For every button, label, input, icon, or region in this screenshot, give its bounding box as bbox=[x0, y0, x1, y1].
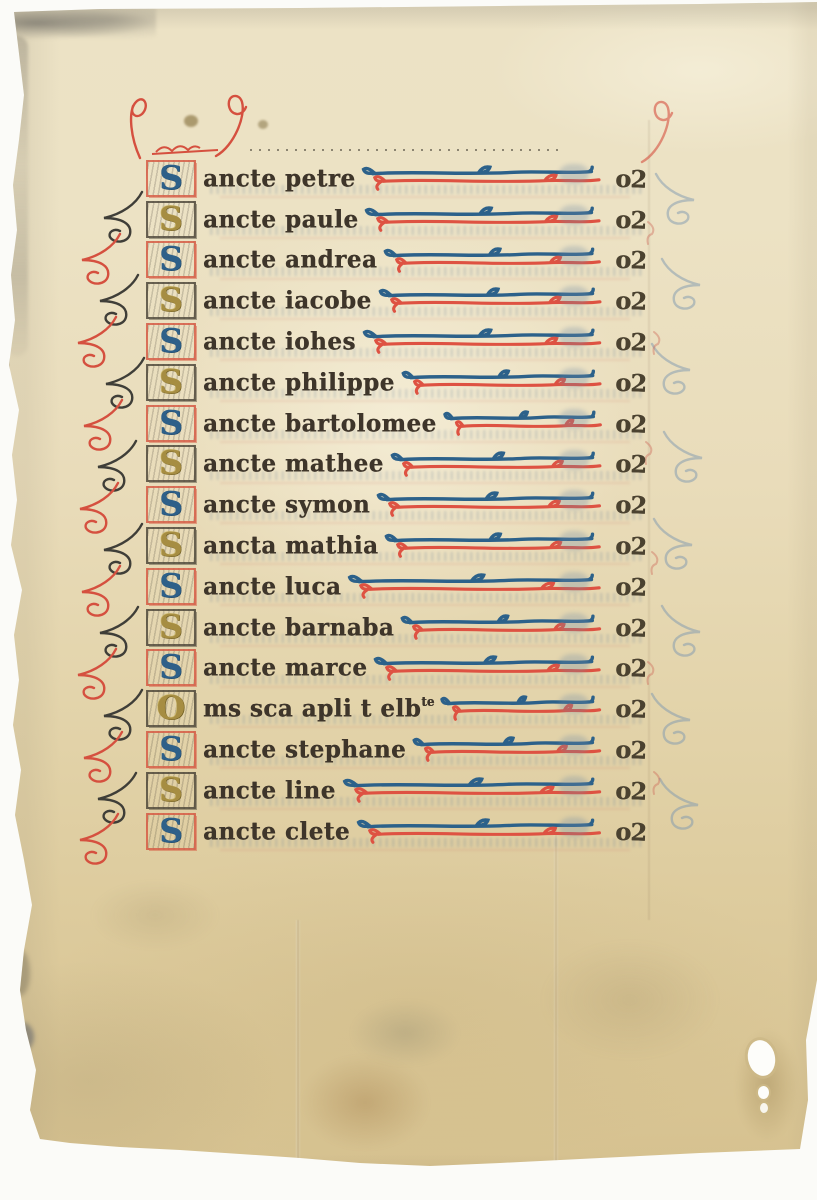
ruling-dots bbox=[250, 149, 562, 151]
line-filler bbox=[444, 403, 595, 444]
superscript-abbreviation: te bbox=[421, 694, 434, 709]
ora-abbreviation: o2 bbox=[600, 693, 647, 724]
stain bbox=[350, 1000, 460, 1066]
litany-text: ancte paule bbox=[203, 205, 358, 234]
ora-abbreviation: o2 bbox=[600, 734, 647, 765]
ora-abbreviation: o2 bbox=[600, 326, 647, 357]
corner-smudge bbox=[6, 6, 156, 40]
litany-text: ancte luca bbox=[203, 572, 341, 601]
litany-text: ancte bartolomee bbox=[203, 409, 437, 438]
page-scan: S ancte petre o2 S ancte paule o2 S anct… bbox=[0, 0, 817, 1200]
line-filler bbox=[348, 566, 595, 607]
stain bbox=[540, 940, 720, 1060]
illuminated-initial: S bbox=[146, 731, 196, 768]
illuminated-initial: S bbox=[146, 486, 196, 523]
litany-line: S ancte line o2 bbox=[146, 770, 646, 811]
line-filler bbox=[374, 648, 595, 689]
illuminated-initial: S bbox=[146, 813, 196, 850]
ora-abbreviation: o2 bbox=[600, 775, 647, 806]
illuminated-initial: S bbox=[146, 568, 196, 605]
illuminated-initial: S bbox=[146, 160, 196, 197]
red-line-filler bbox=[377, 215, 601, 231]
ora-abbreviation: o2 bbox=[600, 612, 647, 643]
ora-abbreviation: o2 bbox=[600, 163, 647, 194]
litany-line: S ancte paule o2 bbox=[146, 199, 646, 240]
illuminated-initial: O bbox=[146, 690, 196, 727]
red-line-filler bbox=[396, 256, 601, 272]
ora-abbreviation: o2 bbox=[600, 285, 647, 316]
stain bbox=[300, 1055, 430, 1150]
litany-line: S ancte stephane o2 bbox=[146, 729, 646, 770]
red-line-filler bbox=[391, 296, 601, 312]
crease-line bbox=[554, 830, 558, 1165]
red-line-filler bbox=[403, 460, 601, 476]
vellum-leaf: S ancte petre o2 S ancte paule o2 S anct… bbox=[0, 0, 817, 1200]
litany-text: ancte stephane bbox=[203, 735, 406, 764]
line-filler bbox=[385, 525, 595, 566]
edge-smudge bbox=[6, 36, 28, 356]
litany-text: ancta mathia bbox=[203, 531, 378, 560]
wormhole-small bbox=[760, 1103, 768, 1113]
top-margin-flourish-left bbox=[122, 88, 302, 168]
red-line-filler bbox=[374, 174, 601, 190]
litany-text: ancte iohes bbox=[203, 327, 356, 356]
ora-abbreviation: o2 bbox=[600, 571, 647, 602]
litany-text: ancte petre bbox=[203, 164, 355, 193]
line-filler bbox=[401, 607, 595, 648]
litany-line: S ancte iohes o2 bbox=[146, 321, 646, 362]
litany-text-main: ms sca apli t elb bbox=[203, 694, 421, 723]
litany-text: ancte symon bbox=[203, 490, 370, 519]
line-filler bbox=[363, 321, 595, 362]
ora-abbreviation: o2 bbox=[600, 245, 647, 276]
litany-line: S ancta mathia o2 bbox=[146, 525, 646, 566]
line-filler bbox=[343, 770, 595, 811]
illuminated-initial: S bbox=[146, 405, 196, 442]
litany-text: ancte clete bbox=[203, 817, 350, 846]
red-line-filler bbox=[397, 541, 601, 557]
red-line-filler bbox=[360, 582, 601, 598]
line-filler bbox=[441, 688, 595, 729]
litany-text: ancte andrea bbox=[203, 246, 377, 275]
red-line-filler bbox=[425, 745, 601, 761]
red-line-filler bbox=[413, 623, 601, 639]
line-filler bbox=[365, 199, 595, 240]
red-line-filler bbox=[355, 786, 601, 802]
litany-text: ancte line bbox=[203, 776, 336, 805]
line-filler bbox=[377, 484, 595, 525]
line-filler bbox=[362, 158, 595, 199]
ora-abbreviation: o2 bbox=[600, 367, 647, 398]
ink-smudge bbox=[8, 1022, 34, 1052]
litany-line: S ancte mathee o2 bbox=[146, 444, 646, 485]
ora-abbreviation: o2 bbox=[600, 204, 647, 235]
illuminated-initial: S bbox=[146, 772, 196, 809]
litany-line: S ancte iacobe o2 bbox=[146, 280, 646, 321]
illuminated-initial: S bbox=[146, 282, 196, 319]
red-line-filler bbox=[369, 827, 601, 843]
red-line-filler bbox=[414, 378, 601, 394]
litany-line: S ancte philippe o2 bbox=[146, 362, 646, 403]
litany-line: S ancte luca o2 bbox=[146, 566, 646, 607]
ora-abbreviation: o2 bbox=[600, 449, 647, 480]
litany-text: ancte mathee bbox=[203, 450, 384, 479]
edge-smudge bbox=[10, 950, 30, 996]
litany-text: ancte marce bbox=[203, 654, 367, 683]
litany-text-block: S ancte petre o2 S ancte paule o2 S anct… bbox=[146, 158, 646, 852]
ora-abbreviation: o2 bbox=[600, 408, 647, 439]
illuminated-initial: S bbox=[146, 527, 196, 564]
crease-line bbox=[296, 920, 300, 1165]
ora-abbreviation: o2 bbox=[600, 653, 647, 684]
stain bbox=[90, 880, 220, 950]
litany-text: ancte barnaba bbox=[203, 613, 394, 642]
litany-line: O ms sca apli t elbte o2 bbox=[146, 688, 646, 729]
red-line-filler bbox=[386, 664, 601, 680]
line-filler bbox=[384, 240, 595, 281]
litany-text: ancte iacobe bbox=[203, 286, 372, 315]
red-line-filler bbox=[453, 704, 601, 720]
ora-abbreviation: o2 bbox=[600, 489, 647, 520]
illuminated-initial: S bbox=[146, 241, 196, 278]
illuminated-initial: S bbox=[146, 609, 196, 646]
line-filler bbox=[402, 362, 595, 403]
line-filler bbox=[379, 280, 595, 321]
right-margin-ghost-cadels bbox=[628, 160, 748, 880]
line-filler bbox=[413, 729, 595, 770]
litany-line: S ancte bartolomee o2 bbox=[146, 403, 646, 444]
red-line-filler bbox=[456, 419, 601, 435]
litany-text: ms sca apli t elbte bbox=[203, 694, 434, 723]
litany-line: S ancte clete o2 bbox=[146, 811, 646, 852]
litany-line: S ancte andrea o2 bbox=[146, 240, 646, 281]
illuminated-initial: S bbox=[146, 323, 196, 360]
litany-line: S ancte petre o2 bbox=[146, 158, 646, 199]
wormhole-small bbox=[758, 1086, 769, 1099]
ora-abbreviation: o2 bbox=[600, 530, 647, 561]
wormhole bbox=[745, 1038, 779, 1079]
litany-text: ancte philippe bbox=[203, 368, 395, 397]
litany-line: S ancte marce o2 bbox=[146, 648, 646, 689]
illuminated-initial: S bbox=[146, 364, 196, 401]
red-line-filler bbox=[375, 337, 601, 353]
red-line-filler bbox=[389, 500, 601, 516]
litany-line: S ancte barnaba o2 bbox=[146, 607, 646, 648]
litany-line: S ancte symon o2 bbox=[146, 484, 646, 525]
illuminated-initial: S bbox=[146, 445, 196, 482]
ora-abbreviation: o2 bbox=[600, 816, 647, 847]
illuminated-initial: S bbox=[146, 201, 196, 238]
line-filler bbox=[357, 811, 595, 852]
illuminated-initial: S bbox=[146, 649, 196, 686]
line-filler bbox=[391, 444, 595, 485]
